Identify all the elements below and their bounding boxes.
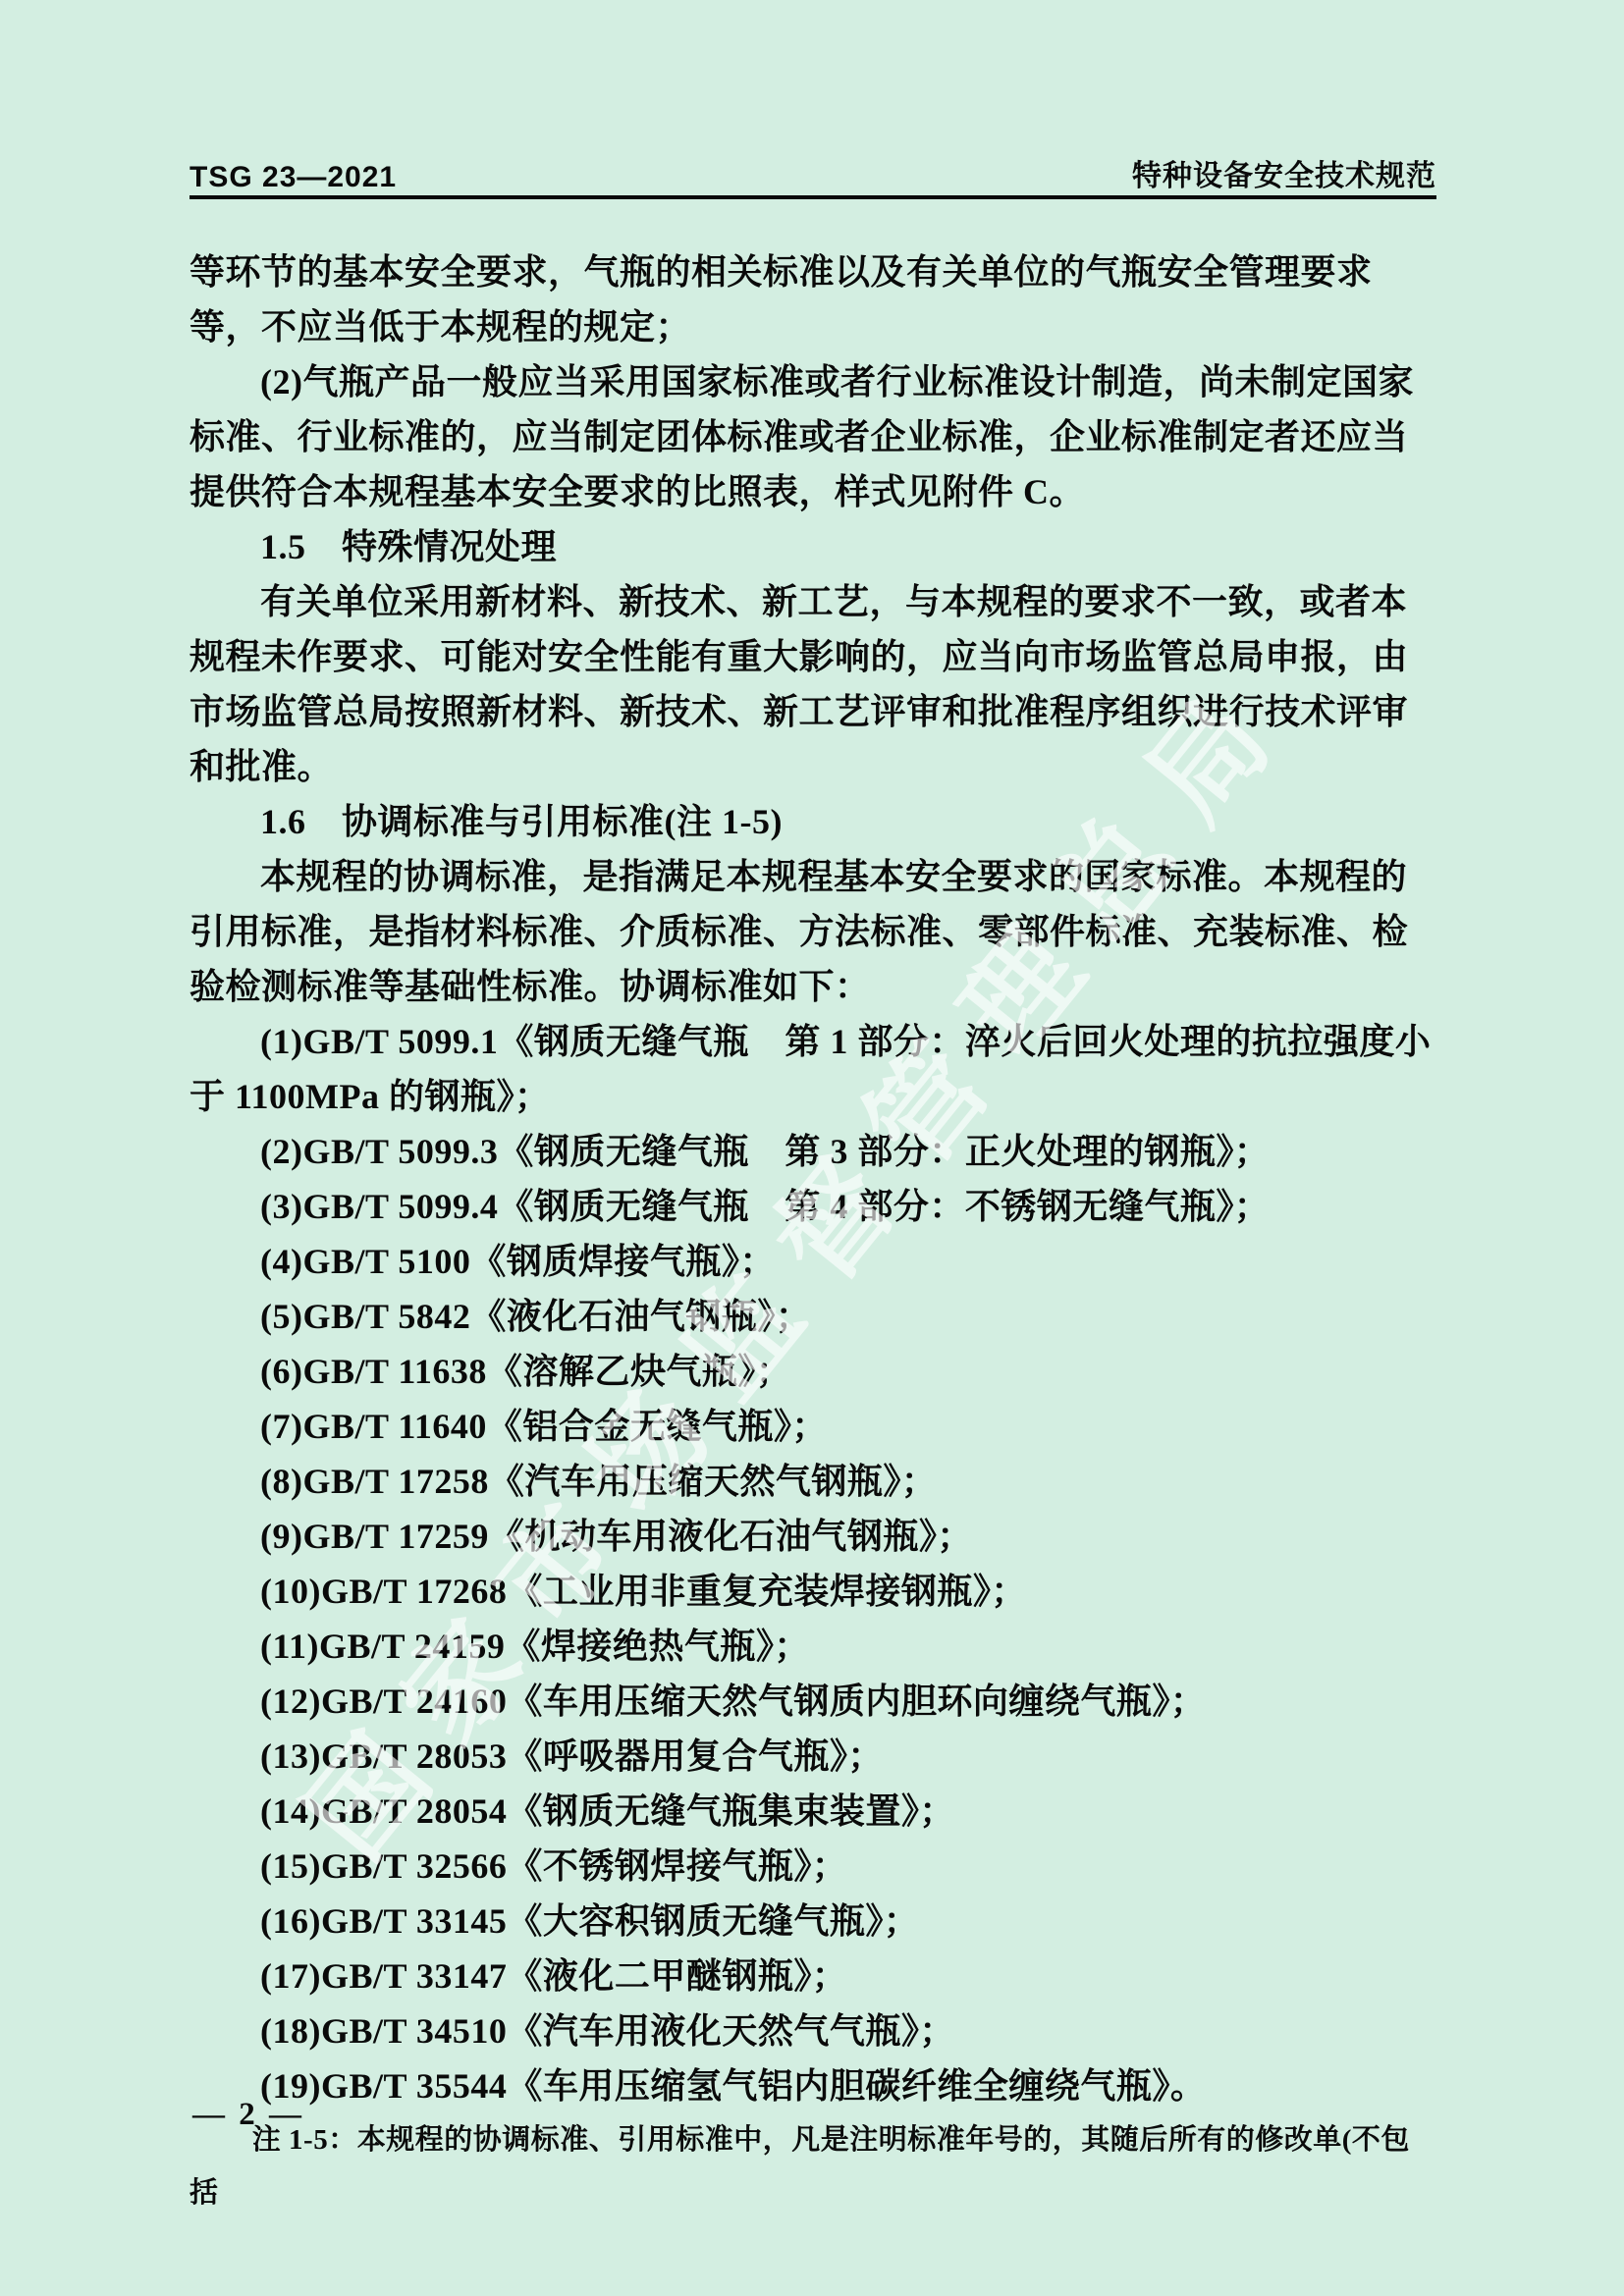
list-item: (19)GB/T 35544《车用压缩氢气铝内胆碳纤维全缠绕气瓶》。: [189, 2058, 1436, 2113]
paragraph: 等环节的基本安全要求，气瓶的相关标准以及有关单位的气瓶安全管理要求等，不应当低于…: [189, 244, 1436, 354]
list-item: (16)GB/T 33145《大容积钢质无缝气瓶》；: [189, 1894, 1436, 1949]
list-item: (4)GB/T 5100《钢质焊接气瓶》；: [189, 1234, 1436, 1289]
paragraph: 有关单位采用新材料、新技术、新工艺，与本规程的要求不一致，或者本规程未作要求、可…: [189, 574, 1436, 794]
page-number: — 2 —: [192, 2097, 304, 2133]
list-item: (14)GB/T 28054《钢质无缝气瓶集束装置》；: [189, 1784, 1436, 1839]
list-item: (6)GB/T 11638《溶解乙炔气瓶》；: [189, 1344, 1436, 1399]
list-item: (11)GB/T 24159《焊接绝热气瓶》；: [189, 1619, 1436, 1674]
header-rule: [189, 195, 1436, 199]
list-item: (7)GB/T 11640《铝合金无缝气瓶》；: [189, 1399, 1436, 1454]
document-body: 等环节的基本安全要求，气瓶的相关标准以及有关单位的气瓶安全管理要求等，不应当低于…: [189, 244, 1436, 2219]
list-item: (5)GB/T 5842《液化石油气钢瓶》；: [189, 1289, 1436, 1344]
section-heading: 1.6 协调标准与引用标准(注 1-5): [189, 794, 1436, 849]
paragraph: 本规程的协调标准，是指满足本规程基本安全要求的国家标准。本规程的引用标准，是指材…: [189, 849, 1436, 1014]
header-document-code: TSG 23—2021: [189, 161, 397, 194]
section-heading: 1.5 特殊情况处理: [189, 519, 1436, 574]
list-item: (3)GB/T 5099.4《钢质无缝气瓶 第 4 部分：不锈钢无缝气瓶》；: [189, 1179, 1436, 1234]
paragraph: (2)气瓶产品一般应当采用国家标准或者行业标准设计制造，尚未制定国家标准、行业标…: [189, 354, 1436, 519]
list-item: (1)GB/T 5099.1《钢质无缝气瓶 第 1 部分：淬火后回火处理的抗拉强…: [189, 1014, 1436, 1124]
list-item: (18)GB/T 34510《汽车用液化天然气气瓶》；: [189, 2003, 1436, 2058]
list-item: (13)GB/T 28053《呼吸器用复合气瓶》；: [189, 1729, 1436, 1784]
list-item: (2)GB/T 5099.3《钢质无缝气瓶 第 3 部分：正火处理的钢瓶》；: [189, 1124, 1436, 1179]
list-item: (9)GB/T 17259《机动车用液化石油气钢瓶》；: [189, 1509, 1436, 1564]
list-item: (15)GB/T 32566《不锈钢焊接气瓶》；: [189, 1839, 1436, 1894]
list-item: (8)GB/T 17258《汽车用压缩天然气钢瓶》；: [189, 1454, 1436, 1509]
list-item: (12)GB/T 24160《车用压缩天然气钢质内胆环向缠绕气瓶》；: [189, 1674, 1436, 1729]
list-item: (10)GB/T 17268《工业用非重复充装焊接钢瓶》；: [189, 1564, 1436, 1619]
header-document-title: 特种设备安全技术规范: [1132, 151, 1436, 194]
footnote: 注 1-5：本规程的协调标准、引用标准中，凡是注明标准年号的，其随后所有的修改单…: [189, 2113, 1436, 2219]
list-item: (17)GB/T 33147《液化二甲醚钢瓶》；: [189, 1949, 1436, 2003]
page-header: TSG 23—2021 特种设备安全技术规范: [189, 151, 1436, 194]
document-page: TSG 23—2021 特种设备安全技术规范 等环节的基本安全要求，气瓶的相关标…: [0, 0, 1624, 2296]
